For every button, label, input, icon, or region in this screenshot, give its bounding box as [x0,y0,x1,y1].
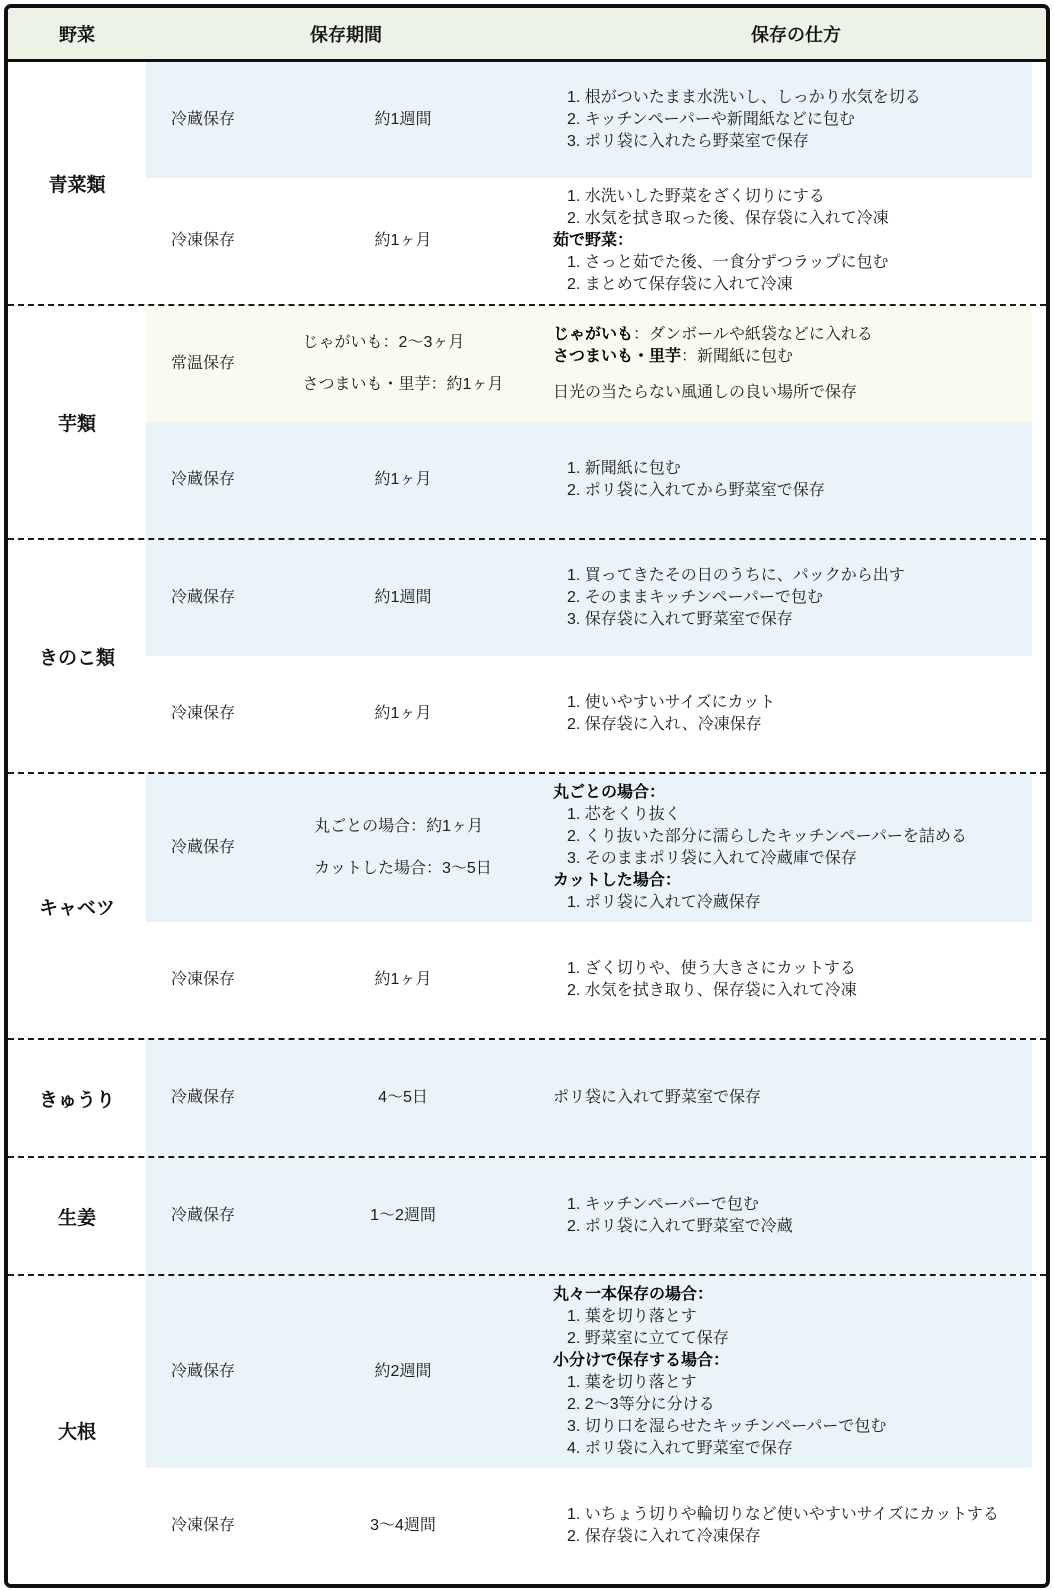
method-line-text: 2. 2〜3等分に分ける [567,1396,715,1413]
method-line: 1. さっと茹でた後、一食分ずつラップに包む [553,252,1026,274]
method-line: 3. 保存袋に入れて野菜室で保存 [553,609,1026,631]
method-line-text: ポリ袋に入れて野菜室で保存 [553,1089,761,1106]
method-line-text: 2. 保存袋に入れて冷凍保存 [567,1528,761,1545]
storage-duration: 約1ヶ月 [293,230,513,252]
method-line: 1. 水洗いした野菜をざく切りにする [553,186,1026,208]
storage-method: 丸ごとの場合：1. 芯をくり抜く2. くり抜いた部分に濡らしたキッチンペーパーを… [513,782,1032,914]
method-line: 1. ざく切りや、使う大きさにカットする [553,958,1026,980]
storage-type: 冷蔵保存 [146,837,293,859]
storage-duration: 1〜2週間 [293,1205,513,1227]
storage-rows: 冷蔵保存1〜2週間1. キッチンペーパーで包む2. ポリ袋に入れて野菜室で冷蔵 [146,1158,1046,1274]
storage-duration: 約1週間 [293,109,513,131]
duration-line: 3〜4週間 [370,1515,436,1537]
storage-rows: 冷蔵保存約1週間1. 買ってきたその日のうちに、パックから出す2. そのままキッ… [146,540,1046,772]
method-line-text: 1. 買ってきたその日のうちに、パックから出す [567,567,905,584]
storage-duration: じゃがいも：2〜3ヶ月さつまいも・里芋：約1ヶ月 [293,332,513,396]
storage-method: ポリ袋に入れて野菜室で保存 [513,1087,1032,1109]
vegetable-group: きゅうり冷蔵保存4〜5日ポリ袋に入れて野菜室で保存 [8,1038,1046,1156]
method-line-bold: 茹で野菜： [553,232,633,249]
method-line: 1. 葉を切り落とす [553,1372,1026,1394]
vegetable-group: きのこ類冷蔵保存約1週間1. 買ってきたその日のうちに、パックから出す2. その… [8,538,1046,772]
storage-duration-lines: 1〜2週間 [370,1205,436,1227]
method-line-text: ：ダンボールや紙袋などに入れる [633,326,873,343]
storage-method: 1. いちょう切りや輪切りなど使いやすいサイズにカットする2. 保存袋に入れて冷… [513,1504,1032,1548]
method-line-text: 2. まとめて保存袋に入れて冷凍 [567,276,793,293]
method-line-text: 日光の当たらない風通しの良い場所で保存 [553,384,857,401]
method-line: 1. 芯をくり抜く [553,804,1026,826]
storage-rows: 冷蔵保存4〜5日ポリ袋に入れて野菜室で保存 [146,1040,1046,1156]
method-line: 3. そのままポリ袋に入れて冷蔵庫で保存 [553,848,1026,870]
method-line: 2. 水気を拭き取った後、保存袋に入れて冷凍 [553,208,1026,230]
vegetable-group: 青菜類冷蔵保存約1週間1. 根がついたまま水洗いし、しっかり水気を切る2. キッ… [8,62,1046,304]
method-line: 2. 2〜3等分に分ける [553,1394,1026,1416]
storage-type: 冷凍保存 [146,969,293,991]
method-line-bold: 小分けで保存する場合： [553,1352,729,1369]
method-line-text: 3. 切り口を湿らせたキッチンペーパーで包む [567,1418,886,1435]
method-line: 1. 買ってきたその日のうちに、パックから出す [553,565,1026,587]
method-line-text: 1. 葉を切り落とす [567,1308,697,1325]
storage-row: 冷蔵保存1〜2週間1. キッチンペーパーで包む2. ポリ袋に入れて野菜室で冷蔵 [146,1158,1032,1274]
storage-row: 冷凍保存約1ヶ月1. ざく切りや、使う大きさにカットする2. 水気を拭き取り、保… [146,922,1032,1038]
method-line: 1. いちょう切りや輪切りなど使いやすいサイズにカットする [553,1504,1026,1526]
storage-duration-lines: 約1ヶ月 [375,703,432,725]
storage-method: じゃがいも：ダンボールや紙袋などに入れるさつまいも・里芋：新聞紙に包む日光の当た… [513,324,1032,404]
method-line-text: ：新聞紙に包む [681,348,793,365]
storage-row: 冷凍保存約1ヶ月1. 使いやすいサイズにカット2. 保存袋に入れ、冷凍保存 [146,656,1032,772]
method-line: 1. キッチンペーパーで包む [553,1194,1026,1216]
storage-method: 1. 買ってきたその日のうちに、パックから出す2. そのままキッチンペーパーで包… [513,565,1032,631]
vegetable-group: キャベツ冷蔵保存丸ごとの場合：約1ヶ月カットした場合：3〜5日丸ごとの場合：1.… [8,772,1046,1038]
storage-method: 1. 使いやすいサイズにカット2. 保存袋に入れ、冷凍保存 [513,692,1032,736]
method-line-text: 1. 葉を切り落とす [567,1374,697,1391]
duration-line: さつまいも・里芋：約1ヶ月 [303,374,504,396]
vegetable-storage-table: 野菜 保存期間 保存の仕方 青菜類冷蔵保存約1週間1. 根がついたまま水洗いし、… [4,4,1050,1588]
vegetable-name: 芋類 [8,306,146,538]
duration-line: 約1ヶ月 [375,703,432,725]
method-line: 1. 新聞紙に包む [553,458,1026,480]
table-body: 青菜類冷蔵保存約1週間1. 根がついたまま水洗いし、しっかり水気を切る2. キッ… [8,62,1046,1584]
method-line-bold: じゃがいも [553,326,633,343]
duration-line: 4〜5日 [378,1087,428,1109]
storage-type: 冷蔵保存 [146,587,293,609]
method-line: 茹で野菜： [553,230,1026,252]
storage-duration-lines: 3〜4週間 [370,1515,436,1537]
storage-row: 冷蔵保存4〜5日ポリ袋に入れて野菜室で保存 [146,1040,1032,1156]
storage-duration-lines: 丸ごとの場合：約1ヶ月カットした場合：3〜5日 [314,816,492,880]
storage-duration: 4〜5日 [293,1087,513,1109]
header-period: 保存期間 [146,21,546,47]
method-line: 日光の当たらない風通しの良い場所で保存 [553,382,1026,404]
method-line: 1. 葉を切り落とす [553,1306,1026,1328]
method-line-text: 1. 使いやすいサイズにカット [567,694,775,711]
method-line: 2. 保存袋に入れ、冷凍保存 [553,714,1026,736]
storage-duration-lines: じゃがいも：2〜3ヶ月さつまいも・里芋：約1ヶ月 [303,332,504,396]
duration-line: 約2週間 [375,1361,432,1383]
storage-row: 冷蔵保存丸ごとの場合：約1ヶ月カットした場合：3〜5日丸ごとの場合：1. 芯をく… [146,774,1032,922]
storage-duration: 3〜4週間 [293,1515,513,1537]
duration-line: 約1ヶ月 [375,230,432,252]
storage-method: 丸々一本保存の場合：1. 葉を切り落とす2. 野菜室に立てて保存小分けで保存する… [513,1284,1032,1460]
storage-duration: 約1ヶ月 [293,969,513,991]
method-line-text: 3. そのままポリ袋に入れて冷蔵庫で保存 [567,850,857,867]
storage-type: 冷蔵保存 [146,1361,293,1383]
method-line: 丸ごとの場合： [553,782,1026,804]
storage-type: 冷蔵保存 [146,1205,293,1227]
storage-row: 冷凍保存約1ヶ月1. 水洗いした野菜をざく切りにする2. 水気を拭き取った後、保… [146,178,1032,304]
table-header: 野菜 保存期間 保存の仕方 [8,8,1046,62]
header-vegetable: 野菜 [8,21,146,47]
storage-method: 1. 根がついたまま水洗いし、しっかり水気を切る2. キッチンペーパーや新聞紙な… [513,87,1032,153]
method-line: 小分けで保存する場合： [553,1350,1026,1372]
method-line: さつまいも・里芋：新聞紙に包む [553,346,1026,368]
method-line: 1. 使いやすいサイズにカット [553,692,1026,714]
method-line: 2. ポリ袋に入れて野菜室で冷蔵 [553,1216,1026,1238]
method-line-text: 2. キッチンペーパーや新聞紙などに包む [567,111,855,128]
method-line: カットした場合： [553,870,1026,892]
storage-row: 冷蔵保存約1週間1. 根がついたまま水洗いし、しっかり水気を切る2. キッチンペ… [146,62,1032,178]
storage-duration-lines: 約2週間 [375,1361,432,1383]
storage-row: 常温保存じゃがいも：2〜3ヶ月さつまいも・里芋：約1ヶ月じゃがいも：ダンボールや… [146,306,1032,422]
method-line-text: 2. くり抜いた部分に濡らしたキッチンペーパーを詰める [567,828,967,845]
vegetable-name: キャベツ [8,774,146,1038]
storage-type: 冷蔵保存 [146,1087,293,1109]
method-line-text: 3. 保存袋に入れて野菜室で保存 [567,611,793,628]
header-method: 保存の仕方 [546,21,1046,47]
method-line-text: 1. キッチンペーパーで包む [567,1196,759,1213]
method-line-text: 2. 水気を拭き取り、保存袋に入れて冷凍 [567,982,857,999]
vegetable-name: 青菜類 [8,62,146,304]
storage-duration-lines: 約1ヶ月 [375,469,432,491]
method-line-text: 2. 保存袋に入れ、冷凍保存 [567,716,762,733]
method-line: 2. そのままキッチンペーパーで包む [553,587,1026,609]
duration-line: じゃがいも：2〜3ヶ月 [303,332,504,354]
method-line: 4. ポリ袋に入れて野菜室で保存 [553,1438,1026,1460]
storage-rows: 冷蔵保存約2週間丸々一本保存の場合：1. 葉を切り落とす2. 野菜室に立てて保存… [146,1276,1046,1584]
storage-duration-lines: 約1ヶ月 [375,969,432,991]
method-line-text: 1. いちょう切りや輪切りなど使いやすいサイズにカットする [567,1506,999,1523]
method-line: 2. 保存袋に入れて冷凍保存 [553,1526,1026,1548]
vegetable-name: 大根 [8,1276,146,1584]
method-line-text: 3. ポリ袋に入れたら野菜室で保存 [567,133,809,150]
vegetable-name: きゅうり [8,1040,146,1156]
method-line-text: 1. ざく切りや、使う大きさにカットする [567,960,856,977]
method-line-text: 2. ポリ袋に入れて野菜室で冷蔵 [567,1218,793,1235]
vegetable-group: 大根冷蔵保存約2週間丸々一本保存の場合：1. 葉を切り落とす2. 野菜室に立てて… [8,1274,1046,1584]
storage-method: 1. 水洗いした野菜をざく切りにする2. 水気を拭き取った後、保存袋に入れて冷凍… [513,186,1032,296]
method-line: 2. 野菜室に立てて保存 [553,1328,1026,1350]
storage-duration: 約1ヶ月 [293,703,513,725]
duration-line: 約1ヶ月 [375,969,432,991]
method-line-bold: 丸々一本保存の場合： [553,1286,713,1303]
method-line-text: 1. ポリ袋に入れて冷蔵保存 [567,894,761,911]
storage-row: 冷蔵保存約1ヶ月1. 新聞紙に包む2. ポリ袋に入れてから野菜室で保存 [146,422,1032,538]
duration-line: 約1ヶ月 [375,469,432,491]
storage-rows: 常温保存じゃがいも：2〜3ヶ月さつまいも・里芋：約1ヶ月じゃがいも：ダンボールや… [146,306,1046,538]
storage-duration-lines: 約1週間 [375,587,432,609]
duration-line: カットした場合：3〜5日 [314,858,492,880]
method-line-text: 2. そのままキッチンペーパーで包む [567,589,823,606]
method-line: 3. ポリ袋に入れたら野菜室で保存 [553,131,1026,153]
method-line: 1. ポリ袋に入れて冷蔵保存 [553,892,1026,914]
storage-duration: 約2週間 [293,1361,513,1383]
method-line: 2. キッチンペーパーや新聞紙などに包む [553,109,1026,131]
method-line: 2. まとめて保存袋に入れて冷凍 [553,274,1026,296]
storage-type: 冷凍保存 [146,1515,293,1537]
storage-method: 1. キッチンペーパーで包む2. ポリ袋に入れて野菜室で冷蔵 [513,1194,1032,1238]
storage-row: 冷蔵保存約1週間1. 買ってきたその日のうちに、パックから出す2. そのままキッ… [146,540,1032,656]
vegetable-group: 生姜冷蔵保存1〜2週間1. キッチンペーパーで包む2. ポリ袋に入れて野菜室で冷… [8,1156,1046,1274]
storage-duration: 丸ごとの場合：約1ヶ月カットした場合：3〜5日 [293,816,513,880]
storage-method: 1. 新聞紙に包む2. ポリ袋に入れてから野菜室で保存 [513,458,1032,502]
storage-type: 冷蔵保存 [146,469,293,491]
vegetable-name: きのこ類 [8,540,146,772]
storage-duration-lines: 約1週間 [375,109,432,131]
duration-line: 約1週間 [375,587,432,609]
vegetable-group: 芋類常温保存じゃがいも：2〜3ヶ月さつまいも・里芋：約1ヶ月じゃがいも：ダンボー… [8,304,1046,538]
method-line: じゃがいも：ダンボールや紙袋などに入れる [553,324,1026,346]
duration-line: 1〜2週間 [370,1205,436,1227]
storage-duration: 約1週間 [293,587,513,609]
method-line-text: 2. ポリ袋に入れてから野菜室で保存 [567,482,825,499]
storage-duration: 約1ヶ月 [293,469,513,491]
method-line: 丸々一本保存の場合： [553,1284,1026,1306]
method-line: ポリ袋に入れて野菜室で保存 [553,1087,1026,1109]
method-line-text: 1. 水洗いした野菜をざく切りにする [567,188,825,205]
storage-type: 常温保存 [146,353,293,375]
method-line-text: 1. 芯をくり抜く [567,806,681,823]
method-line-text: 1. さっと茹でた後、一食分ずつラップに包む [567,254,888,271]
method-line-text: 2. 水気を拭き取った後、保存袋に入れて冷凍 [567,210,889,227]
storage-rows: 冷蔵保存丸ごとの場合：約1ヶ月カットした場合：3〜5日丸ごとの場合：1. 芯をく… [146,774,1046,1038]
duration-line: 約1週間 [375,109,432,131]
vegetable-name: 生姜 [8,1158,146,1274]
method-line-bold: さつまいも・里芋 [553,348,681,365]
storage-method: 1. ざく切りや、使う大きさにカットする2. 水気を拭き取り、保存袋に入れて冷凍 [513,958,1032,1002]
storage-type: 冷蔵保存 [146,109,293,131]
storage-duration-lines: 約1ヶ月 [375,230,432,252]
method-line: 2. ポリ袋に入れてから野菜室で保存 [553,480,1026,502]
method-line-text: 2. 野菜室に立てて保存 [567,1330,729,1347]
storage-row: 冷凍保存3〜4週間1. いちょう切りや輪切りなど使いやすいサイズにカットする2.… [146,1468,1032,1584]
storage-type: 冷凍保存 [146,703,293,725]
storage-rows: 冷蔵保存約1週間1. 根がついたまま水洗いし、しっかり水気を切る2. キッチンペ… [146,62,1046,304]
method-line-bold: カットした場合： [553,872,681,889]
storage-type: 冷凍保存 [146,230,293,252]
method-line-bold: 丸ごとの場合： [553,784,665,801]
storage-row: 冷蔵保存約2週間丸々一本保存の場合：1. 葉を切り落とす2. 野菜室に立てて保存… [146,1276,1032,1468]
method-line: 2. くり抜いた部分に濡らしたキッチンペーパーを詰める [553,826,1026,848]
method-line: 2. 水気を拭き取り、保存袋に入れて冷凍 [553,980,1026,1002]
method-line: 1. 根がついたまま水洗いし、しっかり水気を切る [553,87,1026,109]
storage-duration-lines: 4〜5日 [378,1087,428,1109]
method-line-text: 1. 新聞紙に包む [567,460,681,477]
method-line-text: 4. ポリ袋に入れて野菜室で保存 [567,1440,793,1457]
method-line: 3. 切り口を湿らせたキッチンペーパーで包む [553,1416,1026,1438]
method-line-text: 1. 根がついたまま水洗いし、しっかり水気を切る [567,89,921,106]
duration-line: 丸ごとの場合：約1ヶ月 [314,816,492,838]
